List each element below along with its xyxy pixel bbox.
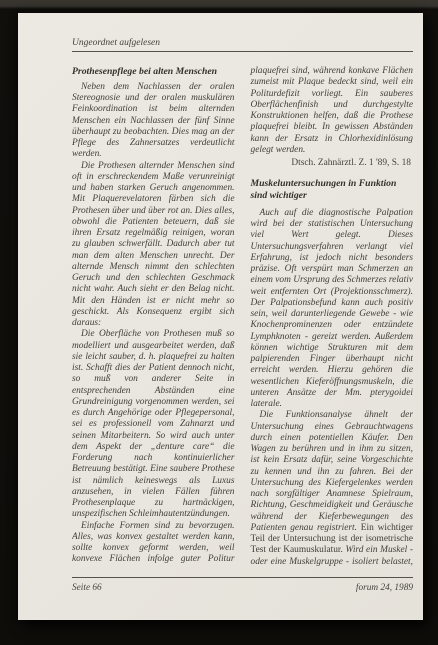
paragraph: Neben dem Nachlassen der oralen Stereogn… [72,82,235,161]
paragraph-segment: Die Funktionsanalyse ähnelt der Untersuc… [251,410,414,533]
running-head: Ungeordnet aufgelesen [72,38,413,48]
paragraph: Die Oberfläche von Prothesen muß so mode… [72,329,235,520]
paragraph: Auch auf die diagnostische Palpation wir… [251,208,414,411]
paragraph: Die Prothesen alternder Menschen sind of… [72,161,235,330]
header-rule [72,51,413,52]
article-title: Prothesenpflege bei alten Menschen [72,66,235,78]
scan-background: { "header": { "running_title": "Ungeordn… [0,0,438,645]
article-title: Muskeluntersuchungen in Funktion sind wi… [251,178,414,202]
footer-rule [72,577,413,578]
page-footer: Seite 66 forum 24, 1989 [72,577,413,593]
running-head-title: Ungeordnet aufgelesen [72,38,160,48]
page-number: Seite 66 [72,583,102,593]
journal-page: Ungeordnet aufgelesen Prothesenpflege be… [18,13,423,620]
article-columns: Prothesenpflege bei alten Menschen Neben… [72,66,413,570]
journal-issue: forum 24, 1989 [356,583,413,593]
source-citation: Dtsch. Zahnärztl. Z. 1 '89, S. 18 [251,158,414,169]
